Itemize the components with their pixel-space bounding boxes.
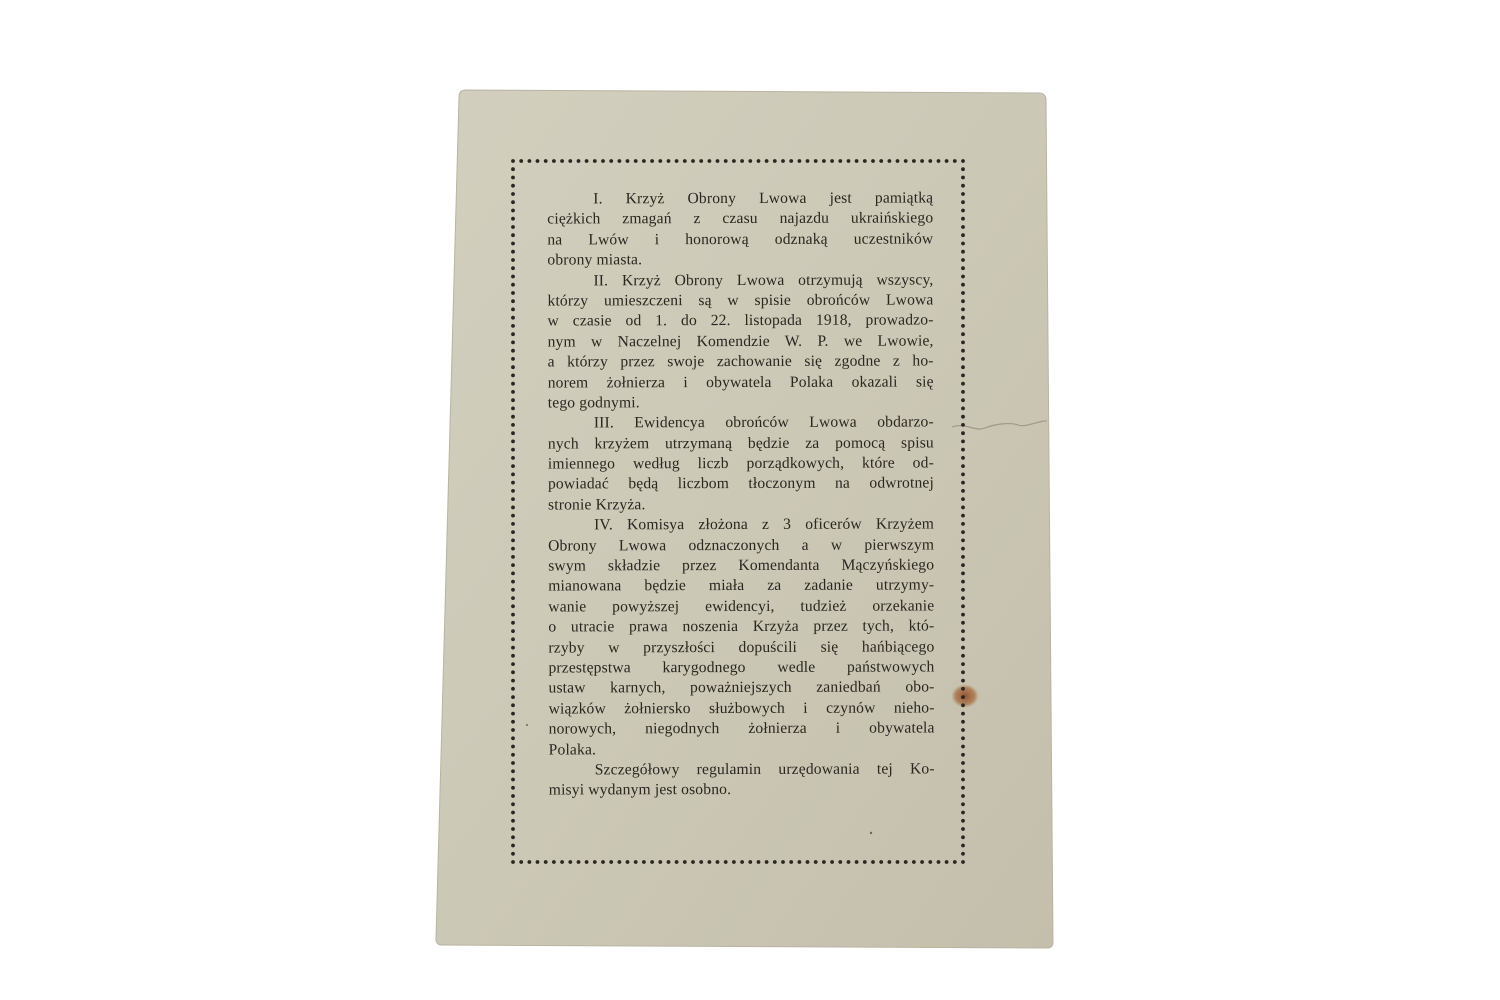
text-line: norem żołnierza i obywatela Polaka okaza… <box>548 372 934 393</box>
text-line: którzy umieszczeni są w spisie obrońców … <box>547 290 933 311</box>
text-line: rzyby w przyszłości dopuścili się hańbią… <box>548 637 934 658</box>
text-line: stronie Krzyża. <box>548 494 934 515</box>
rust-stain <box>951 684 979 708</box>
document-body: I. Krzyż Obrony Lwowa jest pamiątkąciężk… <box>547 188 935 801</box>
text-line: norowych, niegodnych żołnierza i obywate… <box>549 719 935 740</box>
photo-stage: I. Krzyż Obrony Lwowa jest pamiątkąciężk… <box>0 0 1500 1000</box>
paragraph-closing: Szczegółowy regulamin urzędowania tej Ko… <box>549 759 935 801</box>
text-line: Obrony Lwowa odznaczonych a w pierwszym <box>548 535 934 556</box>
text-line: ustaw karnych, poważniejszych zaniedbań … <box>548 678 934 699</box>
paragraph-iii: III. Ewidencya obrońców Lwowa obdarzo-ny… <box>548 413 934 516</box>
text-line: obrony miasta. <box>547 250 933 271</box>
text-line: mianowana będzie miała za zadanie utrzym… <box>548 576 934 597</box>
text-line: nych krzyżem utrzymaną będzie za pomocą … <box>548 433 934 454</box>
text-line: II. Krzyż Obrony Lwowa otrzymują wszyscy… <box>547 270 933 291</box>
text-line: swym składzie przez Komendanta Mączyński… <box>548 556 934 577</box>
text-line: ciężkich zmagań z czasu najazdu ukraińsk… <box>547 209 933 230</box>
text-line: tego godnymi. <box>548 392 934 413</box>
text-line: powiadać będą liczbom tłoczonym na odwro… <box>548 474 934 495</box>
text-line: w czasie od 1. do 22. listopada 1918, pr… <box>548 311 934 332</box>
document-card: I. Krzyż Obrony Lwowa jest pamiątkąciężk… <box>0 0 1500 1000</box>
text-line: Polaka. <box>549 739 935 760</box>
text-line: nym w Naczelnej Komendzie W. P. we Lwowi… <box>548 331 934 352</box>
text-line: na Lwów i honorową odznaką uczestników <box>547 229 933 250</box>
text-line: wanie powyższej ewidencyi, tudzież orzek… <box>548 596 934 617</box>
paragraph-i: I. Krzyż Obrony Lwowa jest pamiątkąciężk… <box>547 188 933 271</box>
text-line: I. Krzyż Obrony Lwowa jest pamiątką <box>547 188 933 209</box>
text-line: imiennego według liczb porządkowych, któ… <box>548 454 934 475</box>
text-line: o utracie prawa noszenia Krzyża przez ty… <box>548 617 934 638</box>
text-line: IV. Komisya złożona z 3 oficerów Krzyżem <box>548 515 934 536</box>
text-line: a którzy przez swoje zachowanie się zgod… <box>548 352 934 373</box>
paragraph-iv: IV. Komisya złożona z 3 oficerów Krzyżem… <box>548 515 935 761</box>
text-line: III. Ewidencya obrońców Lwowa obdarzo- <box>548 413 934 434</box>
text-line: wiązków żołniersko służbowych i czynów n… <box>549 698 935 719</box>
text-line: przestępstwa karygodnego wedle państwowy… <box>548 657 934 678</box>
paragraph-ii: II. Krzyż Obrony Lwowa otrzymują wszyscy… <box>547 270 933 414</box>
text-line: misyi wydanym jest osobno. <box>549 780 935 801</box>
text-line: Szczegółowy regulamin urzędowania tej Ko… <box>549 759 935 780</box>
